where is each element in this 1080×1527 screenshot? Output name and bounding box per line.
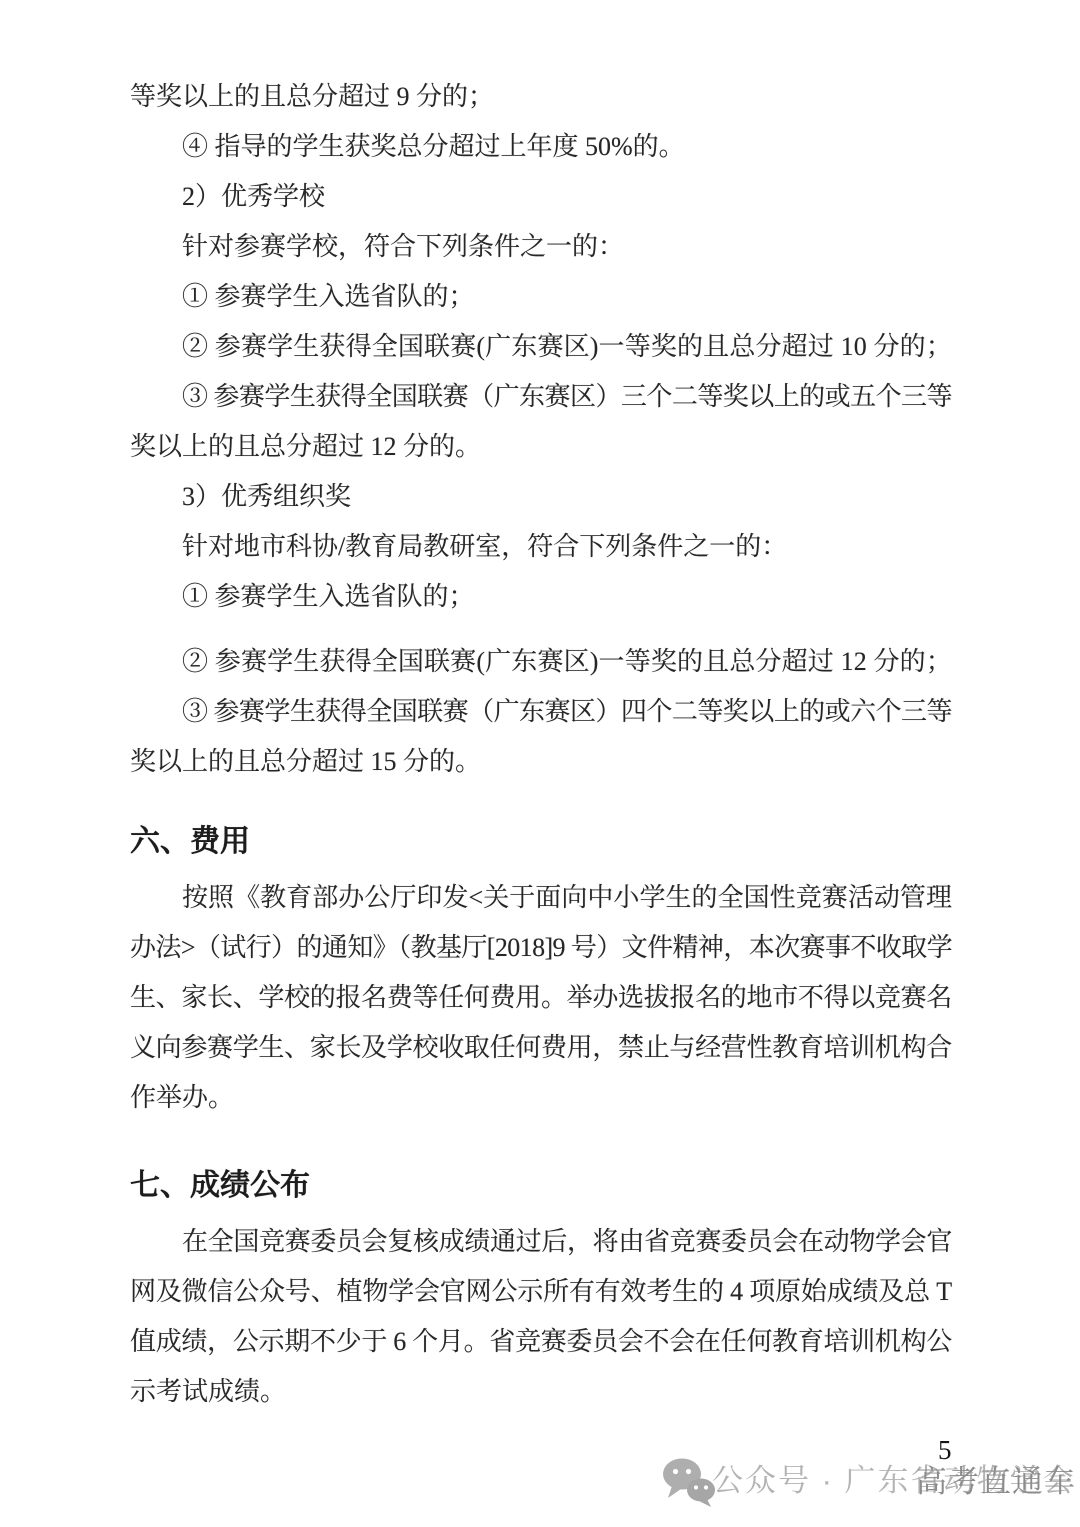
body-line: 按照《教育部办公厅印发<关于面向中小学生的全国性竞赛活动管理 bbox=[130, 873, 952, 923]
body-line: ④ 指导的学生获奖总分超过上年度 50%的。 bbox=[130, 122, 952, 172]
section-heading-fee: 六、费用 bbox=[130, 817, 952, 867]
body-line: 针对地市科协/教育局教研室，符合下列条件之一的： bbox=[130, 522, 952, 572]
body-line: ② 参赛学生获得全国联赛(广东赛区)一等奖的且总分超过 12 分的； bbox=[130, 637, 952, 687]
body-line: 奖以上的且总分超过 12 分的。 bbox=[130, 422, 952, 472]
body-line: 在全国竞赛委员会复核成绩通过后，将由省竞赛委员会在动物学会官 bbox=[130, 1217, 952, 1267]
body-line: 值成绩，公示期不少于 6 个月。省竞赛委员会不会在任何教育培训机构公 bbox=[130, 1317, 952, 1367]
body-line: ① 参赛学生入选省队的； bbox=[130, 272, 952, 322]
body-line: 2）优秀学校 bbox=[130, 172, 952, 222]
section-heading-results: 七、成绩公布 bbox=[130, 1161, 952, 1211]
body-line: 3）优秀组织奖 bbox=[130, 472, 952, 522]
page-body: 等奖以上的且总分超过 9 分的； ④ 指导的学生获奖总分超过上年度 50%的。 … bbox=[130, 72, 952, 1417]
body-line: 示考试成绩。 bbox=[130, 1367, 952, 1417]
body-line: 生、家长、学校的报名费等任何费用。举办选拔报名的地市不得以竞赛名 bbox=[130, 973, 952, 1023]
body-line: ③ 参赛学生获得全国联赛（广东赛区）四个二等奖以上的或六个三等 bbox=[130, 687, 952, 737]
watermark-overlay-label: 高考直通车 bbox=[916, 1462, 1076, 1502]
body-line: 奖以上的且总分超过 15 分的。 bbox=[130, 737, 952, 787]
body-line: 办法>（试行）的通知》（教基厅[2018]9 号）文件精神，本次赛事不收取学 bbox=[130, 923, 952, 973]
body-line: 网及微信公众号、植物学会官网公示所有有效考生的 4 项原始成绩及总 T bbox=[130, 1267, 952, 1317]
wechat-icon bbox=[662, 1457, 716, 1507]
body-line: 针对参赛学校，符合下列条件之一的： bbox=[130, 222, 952, 272]
body-line: 作举办。 bbox=[130, 1073, 952, 1123]
body-line: ② 参赛学生获得全国联赛(广东赛区)一等奖的且总分超过 10 分的； bbox=[130, 322, 952, 372]
section-fee-paragraph: 按照《教育部办公厅印发<关于面向中小学生的全国性竞赛活动管理 办法>（试行）的通… bbox=[130, 873, 952, 1123]
body-line: 义向参赛学生、家长及学校收取任何费用，禁止与经营性教育培训机构合 bbox=[130, 1023, 952, 1073]
body-line: ① 参赛学生入选省队的； bbox=[130, 572, 952, 622]
document-page: { "document": { "section5_lines": [ "等奖以… bbox=[0, 0, 1080, 1527]
body-line: 等奖以上的且总分超过 9 分的； bbox=[130, 72, 952, 122]
section-results-paragraph: 在全国竞赛委员会复核成绩通过后，将由省竞赛委员会在动物学会官 网及微信公众号、植… bbox=[130, 1217, 952, 1417]
body-line: ③ 参赛学生获得全国联赛（广东赛区）三个二等奖以上的或五个三等 bbox=[130, 372, 952, 422]
